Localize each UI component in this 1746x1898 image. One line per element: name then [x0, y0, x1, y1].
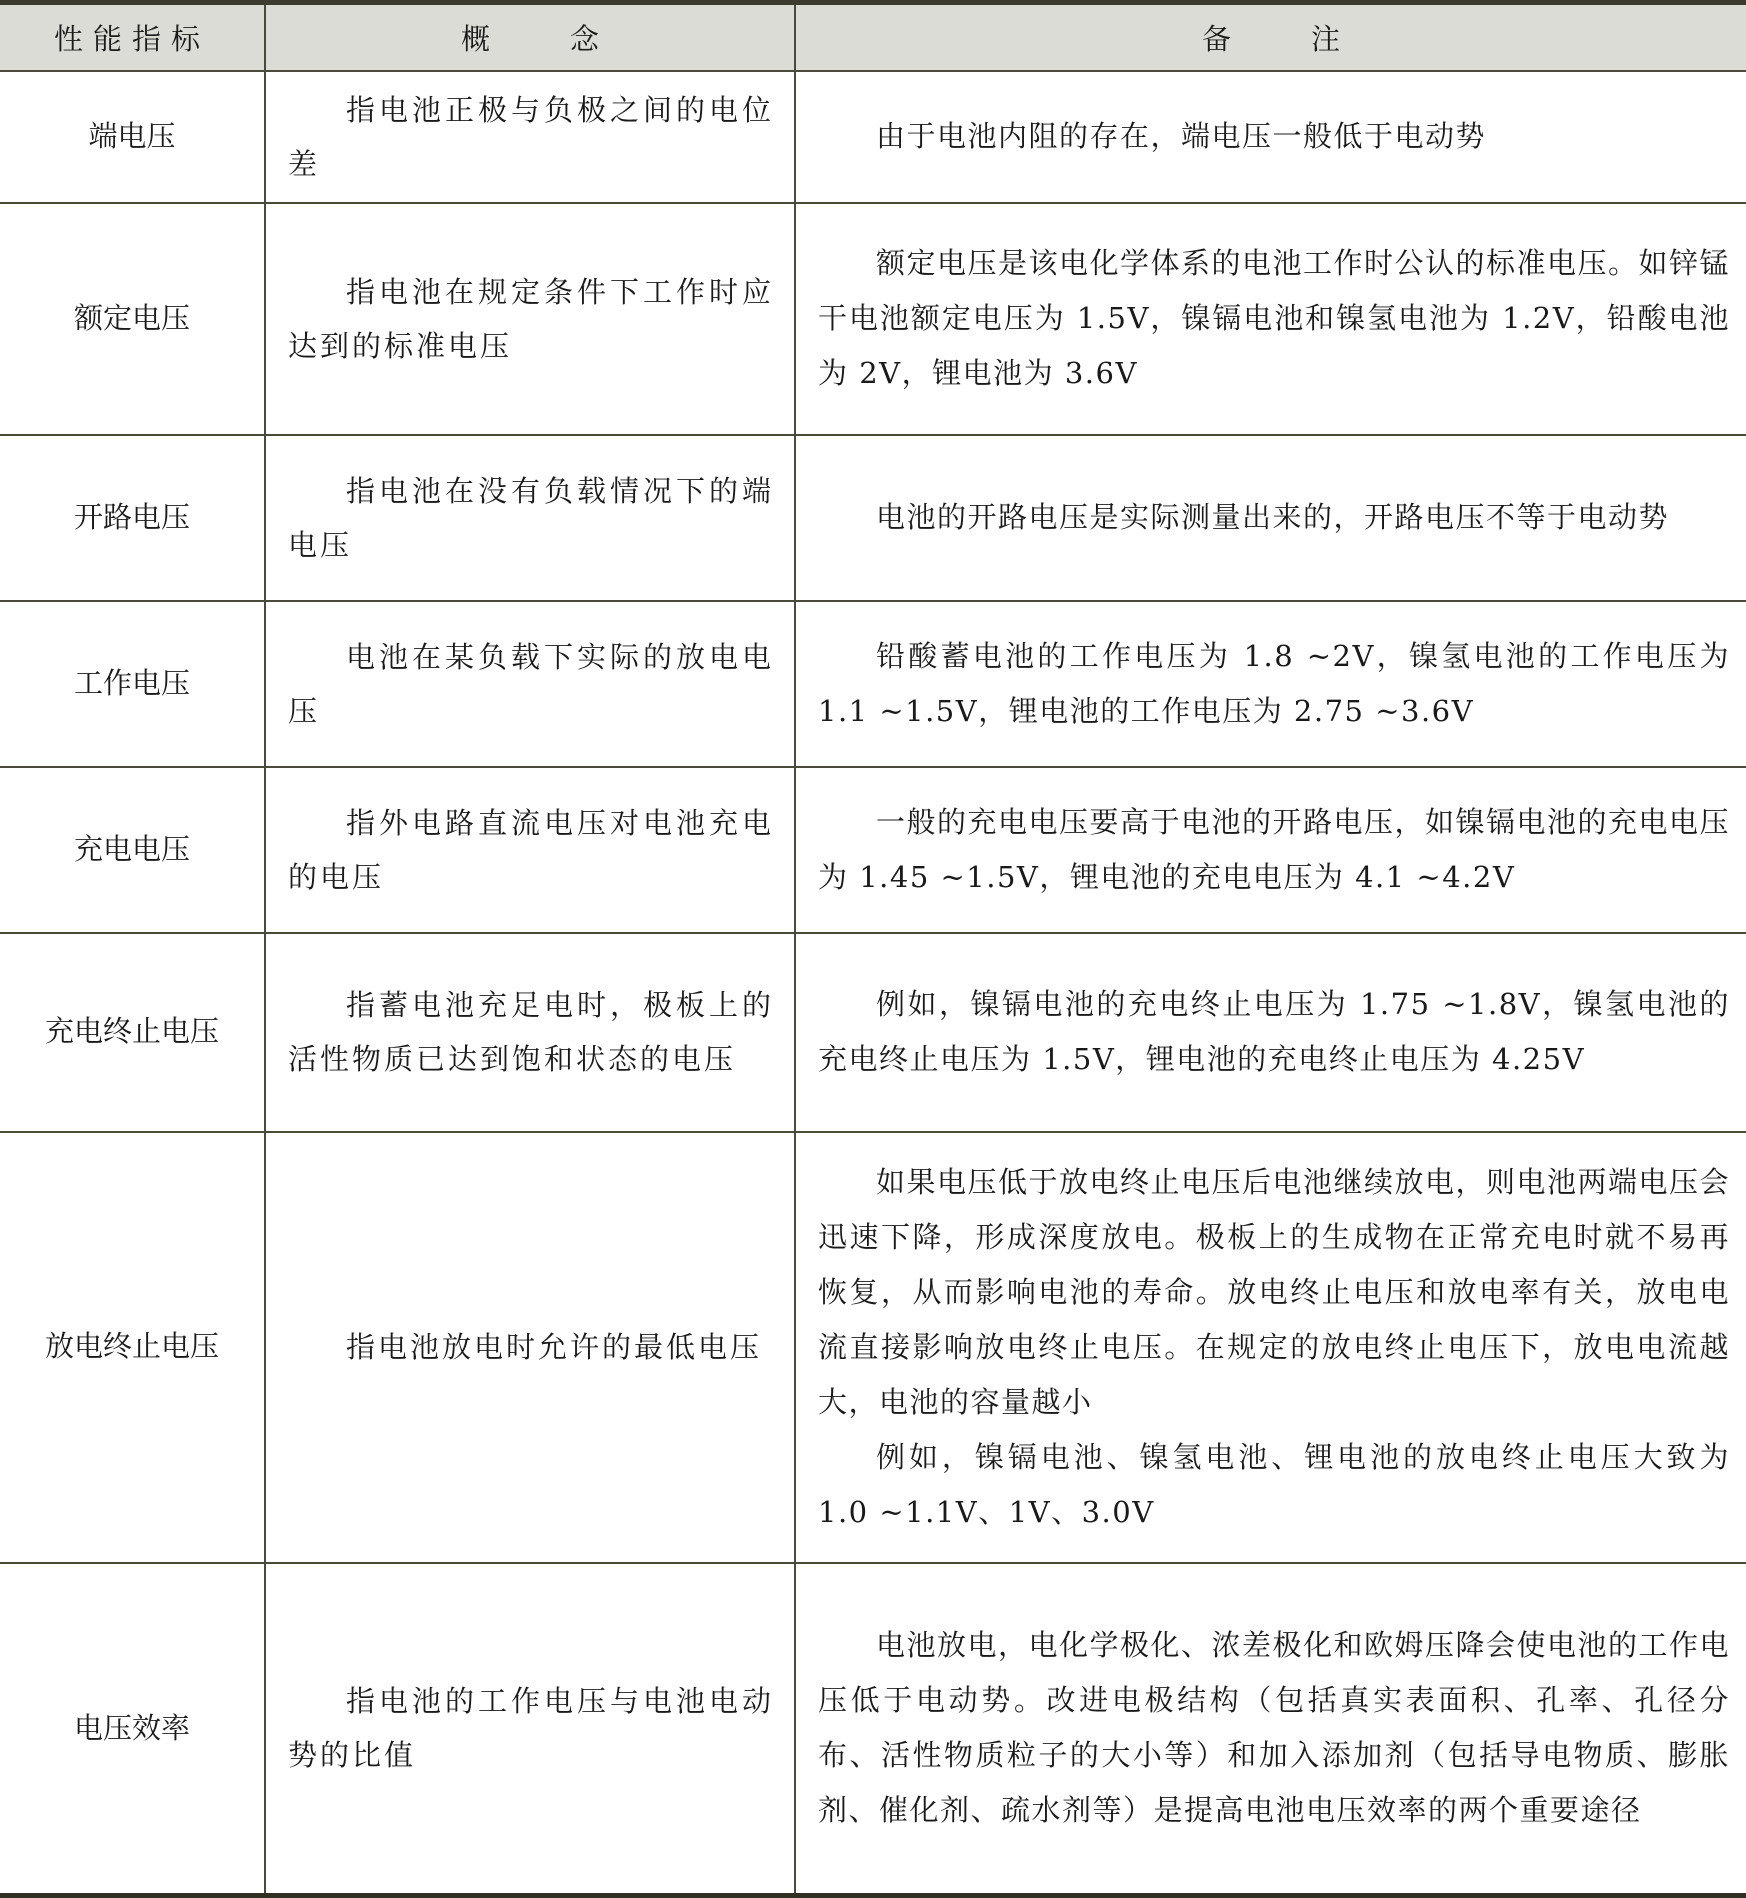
- note-text: 如果电压低于放电终止电压后电池继续放电，则电池两端电压会迅速下降，形成深度放电。…: [818, 1155, 1730, 1430]
- table-row: 放电终止电压 指电池放电时允许的最低电压 如果电压低于放电终止电压后电池继续放电…: [0, 1132, 1746, 1563]
- table-row: 开路电压 指电池在没有负载情况下的端电压 电池的开路电压是实际测量出来的，开路电…: [0, 435, 1746, 601]
- header-metric: 性能指标: [0, 3, 265, 71]
- table-header: 性能指标 概念 备注: [0, 3, 1746, 71]
- note-text: 电池放电，电化学极化、浓差极化和欧姆压降会使电池的工作电压低于电动势。改进电极结…: [818, 1618, 1730, 1838]
- concept-text: 指电池放电时允许的最低电压: [288, 1320, 774, 1374]
- note-cell: 一般的充电电压要高于电池的开路电压，如镍镉电池的充电电压为 1.45 ~1.5V…: [795, 767, 1746, 933]
- note-text: 铅酸蓄电池的工作电压为 1.8 ~2V，镍氢电池的工作电压为 1.1 ~1.5V…: [818, 629, 1730, 739]
- note-cell: 电池的开路电压是实际测量出来的，开路电压不等于电动势: [795, 435, 1746, 601]
- concept-cell: 指蓄电池充足电时，极板上的活性物质已达到饱和状态的电压: [265, 933, 795, 1132]
- header-concept-char-2: 念: [570, 22, 599, 56]
- header-note: 备注: [795, 3, 1746, 71]
- table-body: 端电压 指电池正极与负极之间的电位差 由于电池内阻的存在，端电压一般低于电动势 …: [0, 71, 1746, 1894]
- header-concept-char-1: 概: [461, 22, 490, 56]
- metric-cell: 电压效率: [0, 1563, 265, 1894]
- concept-text: 指外电路直流电压对电池充电的电压: [288, 796, 774, 904]
- metric-cell: 充电终止电压: [0, 933, 265, 1132]
- header-concept: 概念: [265, 3, 795, 71]
- note-text: 例如，镍镉电池的充电终止电压为 1.75 ~1.8V，镍氢电池的充电终止电压为 …: [818, 977, 1730, 1087]
- concept-text: 指蓄电池充足电时，极板上的活性物质已达到饱和状态的电压: [288, 978, 774, 1086]
- metric-cell: 额定电压: [0, 203, 265, 435]
- note-cell: 额定电压是该电化学体系的电池工作时公认的标准电压。如锌锰干电池额定电压为 1.5…: [795, 203, 1746, 435]
- table-row: 工作电压 电池在某负载下实际的放电电压 铅酸蓄电池的工作电压为 1.8 ~2V，…: [0, 601, 1746, 767]
- concept-cell: 指电池在没有负载情况下的端电压: [265, 435, 795, 601]
- concept-cell: 电池在某负载下实际的放电电压: [265, 601, 795, 767]
- table-row: 充电终止电压 指蓄电池充足电时，极板上的活性物质已达到饱和状态的电压 例如，镍镉…: [0, 933, 1746, 1132]
- metric-cell: 工作电压: [0, 601, 265, 767]
- header-row: 性能指标 概念 备注: [0, 3, 1746, 71]
- note-text-example: 例如，镍镉电池、镍氢电池、锂电池的放电终止电压大致为 1.0 ~1.1V、1V、…: [818, 1430, 1730, 1540]
- concept-cell: 指电池的工作电压与电池电动势的比值: [265, 1563, 795, 1894]
- concept-text: 指电池正极与负极之间的电位差: [288, 83, 774, 191]
- note-cell: 如果电压低于放电终止电压后电池继续放电，则电池两端电压会迅速下降，形成深度放电。…: [795, 1132, 1746, 1563]
- note-text: 电池的开路电压是实际测量出来的，开路电压不等于电动势: [818, 490, 1730, 545]
- battery-voltage-spec-table: 性能指标 概念 备注 端电压 指电池正极与负极之间的电位差 由于电池内阻的存在，…: [0, 0, 1746, 1893]
- note-cell: 电池放电，电化学极化、浓差极化和欧姆压降会使电池的工作电压低于电动势。改进电极结…: [795, 1563, 1746, 1894]
- metric-cell: 放电终止电压: [0, 1132, 265, 1563]
- concept-cell: 指电池正极与负极之间的电位差: [265, 71, 795, 203]
- concept-cell: 指电池在规定条件下工作时应达到的标准电压: [265, 203, 795, 435]
- metric-cell: 端电压: [0, 71, 265, 203]
- concept-text: 指电池在规定条件下工作时应达到的标准电压: [288, 265, 774, 373]
- concept-text: 电池在某负载下实际的放电电压: [288, 630, 774, 738]
- table-row: 电压效率 指电池的工作电压与电池电动势的比值 电池放电，电化学极化、浓差极化和欧…: [0, 1563, 1746, 1894]
- header-note-char-1: 备: [1202, 22, 1231, 56]
- note-cell: 例如，镍镉电池的充电终止电压为 1.75 ~1.8V，镍氢电池的充电终止电压为 …: [795, 933, 1746, 1132]
- concept-cell: 指电池放电时允许的最低电压: [265, 1132, 795, 1563]
- note-cell: 铅酸蓄电池的工作电压为 1.8 ~2V，镍氢电池的工作电压为 1.1 ~1.5V…: [795, 601, 1746, 767]
- table-row: 额定电压 指电池在规定条件下工作时应达到的标准电压 额定电压是该电化学体系的电池…: [0, 203, 1746, 435]
- concept-cell: 指外电路直流电压对电池充电的电压: [265, 767, 795, 933]
- concept-text: 指电池的工作电压与电池电动势的比值: [288, 1674, 774, 1782]
- note-text: 由于电池内阻的存在，端电压一般低于电动势: [818, 109, 1730, 164]
- note-text: 额定电压是该电化学体系的电池工作时公认的标准电压。如锌锰干电池额定电压为 1.5…: [818, 236, 1730, 401]
- table-row: 充电电压 指外电路直流电压对电池充电的电压 一般的充电电压要高于电池的开路电压，…: [0, 767, 1746, 933]
- table-row: 端电压 指电池正极与负极之间的电位差 由于电池内阻的存在，端电压一般低于电动势: [0, 71, 1746, 203]
- note-text: 一般的充电电压要高于电池的开路电压，如镍镉电池的充电电压为 1.45 ~1.5V…: [818, 795, 1730, 905]
- metric-cell: 开路电压: [0, 435, 265, 601]
- metric-cell: 充电电压: [0, 767, 265, 933]
- concept-text: 指电池在没有负载情况下的端电压: [288, 464, 774, 572]
- note-cell: 由于电池内阻的存在，端电压一般低于电动势: [795, 71, 1746, 203]
- header-note-char-2: 注: [1311, 22, 1340, 56]
